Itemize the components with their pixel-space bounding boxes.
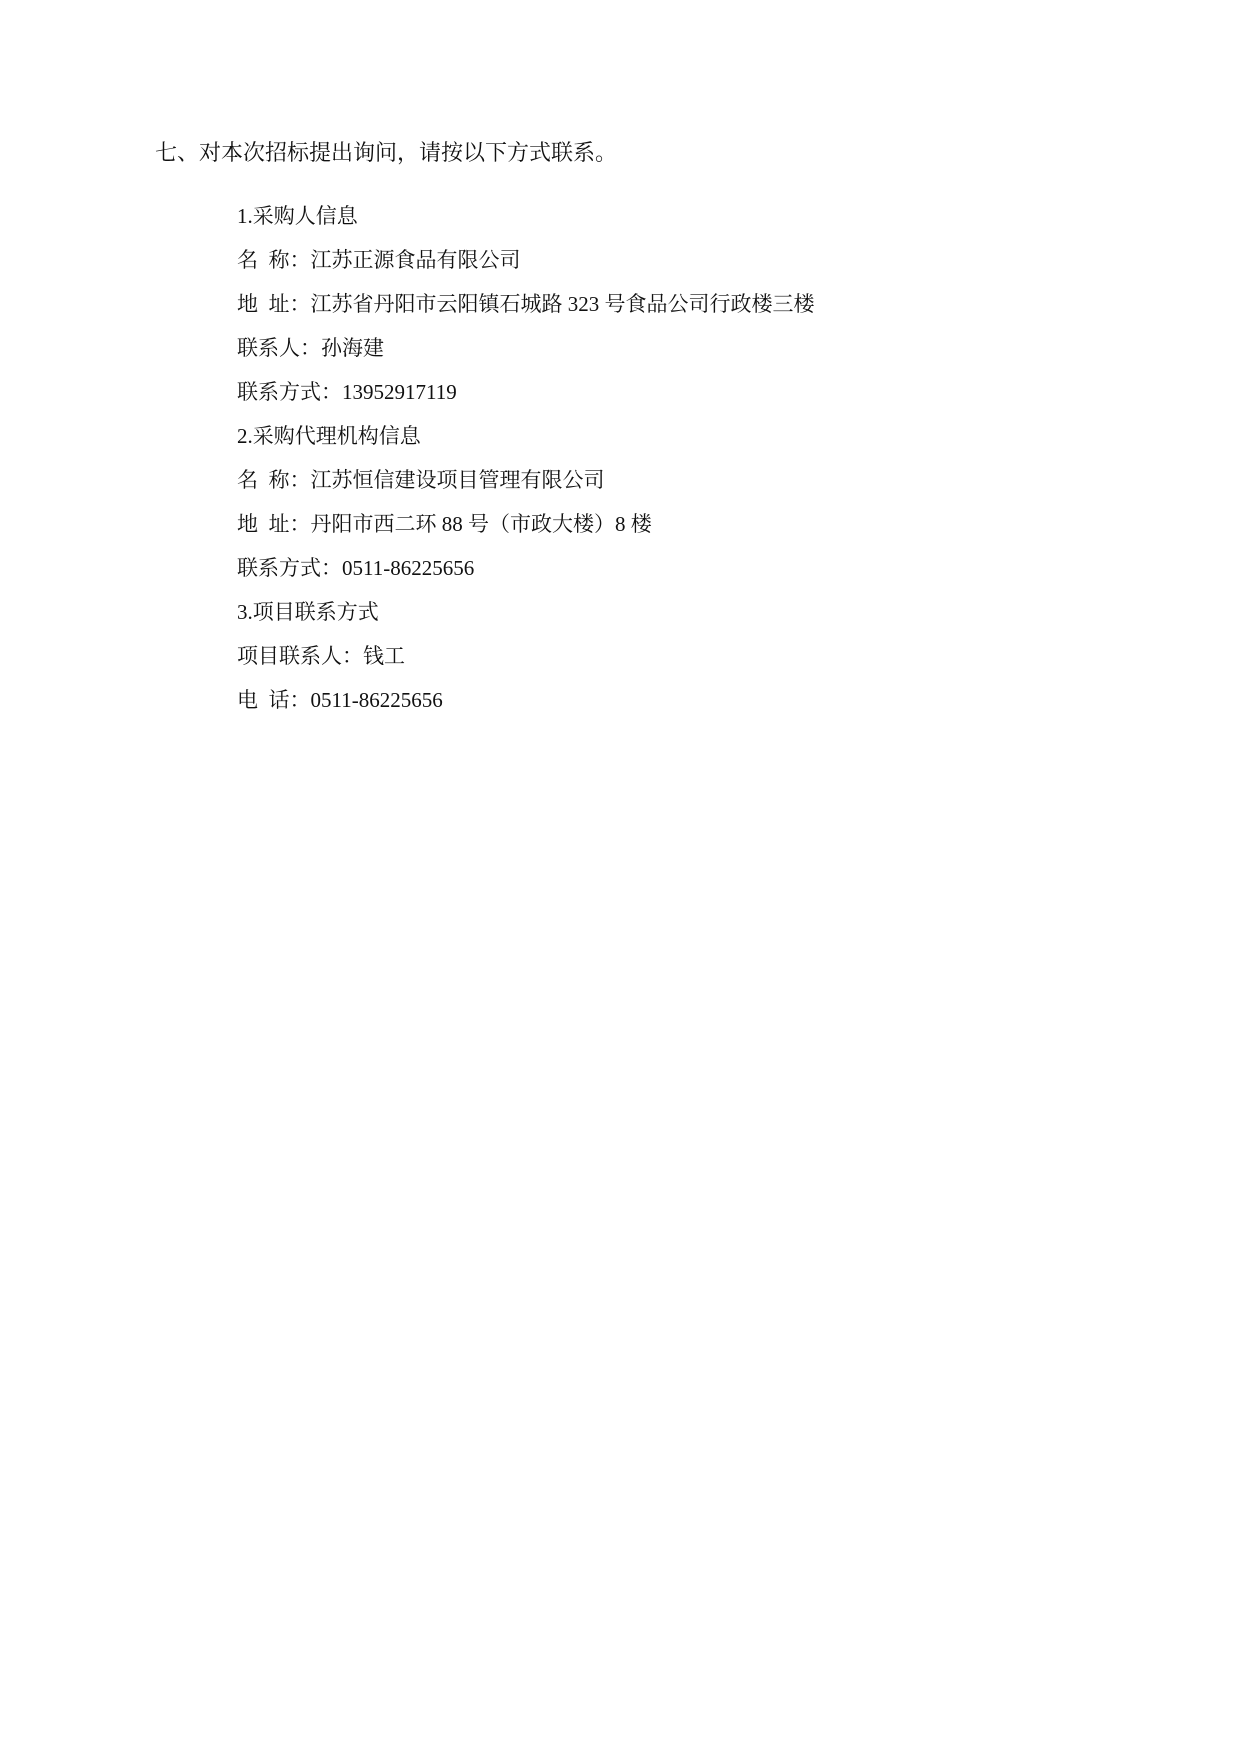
section-heading: 七、对本次招标提出询问，请按以下方式联系。 bbox=[155, 138, 1240, 168]
agency-address-line: 地 址：丹阳市西二环 88 号（市政大楼）8 楼 bbox=[237, 502, 1160, 546]
purchaser-contact-number-line: 联系方式：13952917119 bbox=[237, 370, 1160, 414]
document-page: 七、对本次招标提出询问，请按以下方式联系。 1.采购人信息 名 称：江苏正源食品… bbox=[0, 0, 1240, 1754]
project-contact-person-line: 项目联系人：钱工 bbox=[237, 634, 1160, 678]
purchaser-section-title: 1.采购人信息 bbox=[237, 194, 1160, 238]
project-phone-line: 电 话：0511-86225656 bbox=[237, 678, 1160, 722]
contact-info-block: 1.采购人信息 名 称：江苏正源食品有限公司 地 址：江苏省丹阳市云阳镇石城路 … bbox=[237, 194, 1160, 722]
purchaser-contact-person-line: 联系人：孙海建 bbox=[237, 326, 1160, 370]
purchaser-address-line: 地 址：江苏省丹阳市云阳镇石城路 323 号食品公司行政楼三楼 bbox=[237, 282, 1160, 326]
purchaser-name-line: 名 称：江苏正源食品有限公司 bbox=[237, 238, 1160, 282]
agency-contact-number-line: 联系方式：0511-86225656 bbox=[237, 546, 1160, 590]
agency-name-line: 名 称：江苏恒信建设项目管理有限公司 bbox=[237, 458, 1160, 502]
agency-section-title: 2.采购代理机构信息 bbox=[237, 414, 1160, 458]
project-section-title: 3.项目联系方式 bbox=[237, 590, 1160, 634]
document-body: 七、对本次招标提出询问，请按以下方式联系。 1.采购人信息 名 称：江苏正源食品… bbox=[0, 0, 1240, 722]
